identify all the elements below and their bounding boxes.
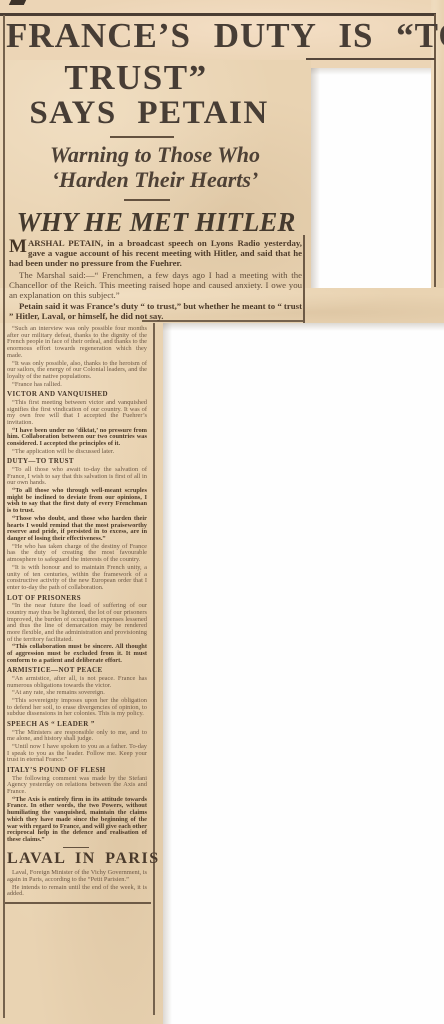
- subhead-line-2: ‘Harden Their Hearts’: [2, 167, 308, 193]
- paragraph: “An armistice, after all, is not peace. …: [7, 676, 147, 689]
- section-heading: ARMISTICE—NOT PEACE: [7, 667, 147, 675]
- section-heading: VICTOR AND VANQUISHED: [7, 391, 147, 399]
- divider-under-subhead: [124, 199, 170, 201]
- paragraph: “The Ministers are responsible only to m…: [7, 730, 147, 743]
- section-heading: ITALY’S POUND OF FLESH: [7, 767, 147, 775]
- rule-column-bottom: [5, 902, 151, 904]
- paragraph: “France has rallied.: [7, 382, 147, 389]
- newspaper-clipping: FRANCE’S DUTY IS “TO TRUST” SAYS PETAIN …: [0, 0, 444, 1024]
- intro-paragraph: Petain said it was France’s duty “ to tr…: [9, 302, 302, 322]
- paragraph: “He who has taken charge of the destiny …: [7, 544, 147, 564]
- intro-paragraph: The Marshal said:—“ Frenchmen, a few day…: [9, 271, 302, 301]
- paragraph: The following comment was made by the St…: [7, 776, 147, 796]
- scan-shadow: [163, 323, 172, 1024]
- headline-line-3: SAYS PETAIN: [0, 95, 298, 132]
- laval-headline: LAVAL IN PARIS: [7, 850, 147, 868]
- paragraph: “Such an interview was only possible fou…: [7, 326, 147, 360]
- kicker-headline: WHY HE MET HITLER: [2, 207, 310, 238]
- paragraph: “This collaboration must be sincere. All…: [7, 644, 147, 664]
- paragraph: “The application will be discussed later…: [7, 449, 147, 456]
- paragraph: He intends to remain until the end of th…: [7, 885, 147, 898]
- paragraph: “The Axis is entirely firm in its attitu…: [7, 797, 147, 844]
- rule-cutout-top: [306, 58, 435, 60]
- section-heading: SPEECH AS “ LEADER ”: [7, 721, 147, 729]
- paragraph: “Until now I have spoken to you as a fat…: [7, 744, 147, 764]
- headline-line-1: FRANCE’S DUTY IS “TO: [6, 16, 436, 56]
- paragraph: “To all those who await to-day the salva…: [7, 467, 147, 487]
- paragraph: “It is with honour and to maintain Frenc…: [7, 565, 147, 592]
- intro-paragraph: MARSHAL PETAIN, in a broadcast speech on…: [9, 239, 302, 269]
- section-heading: DUTY—TO TRUST: [7, 458, 147, 466]
- scan-shadow: [311, 68, 320, 288]
- divider-under-headline: [110, 136, 174, 138]
- headline-line-2: TRUST”: [0, 58, 272, 98]
- paragraph: “This sovereignty imposes upon her the o…: [7, 698, 147, 718]
- scan-shadow: [311, 68, 431, 75]
- drop-cap: M: [9, 239, 27, 255]
- paragraph: “Those who doubt, and those who harden t…: [7, 516, 147, 543]
- rule-column-right: [153, 323, 155, 1015]
- paragraph: “I have been under no ‘diktat,’ no press…: [7, 428, 147, 448]
- article-column: “Such an interview was only possible fou…: [7, 326, 147, 904]
- intro-paragraph-text: ARSHAL PETAIN, in a broadcast speech on …: [9, 238, 302, 268]
- paragraph: “It was only possible, also, thanks to t…: [7, 361, 147, 381]
- paragraph: “In the near future the load of sufferin…: [7, 603, 147, 643]
- torn-print-mark: [9, 0, 26, 5]
- paragraph: “This first meeting between victor and v…: [7, 400, 147, 427]
- paragraph: “At any rate, she remains sovereign.: [7, 690, 147, 697]
- rule-intro-right: [303, 235, 305, 323]
- paragraph: “To all those who through well-meant scr…: [7, 488, 147, 515]
- divider-laval: [63, 847, 89, 849]
- section-heading: LOT OF PRISONERS: [7, 595, 147, 603]
- subhead-line-1: Warning to Those Who: [2, 142, 308, 168]
- paragraph: Laval, Foreign Minister of the Vichy Gov…: [7, 870, 147, 883]
- intro-block: MARSHAL PETAIN, in a broadcast speech on…: [9, 239, 302, 324]
